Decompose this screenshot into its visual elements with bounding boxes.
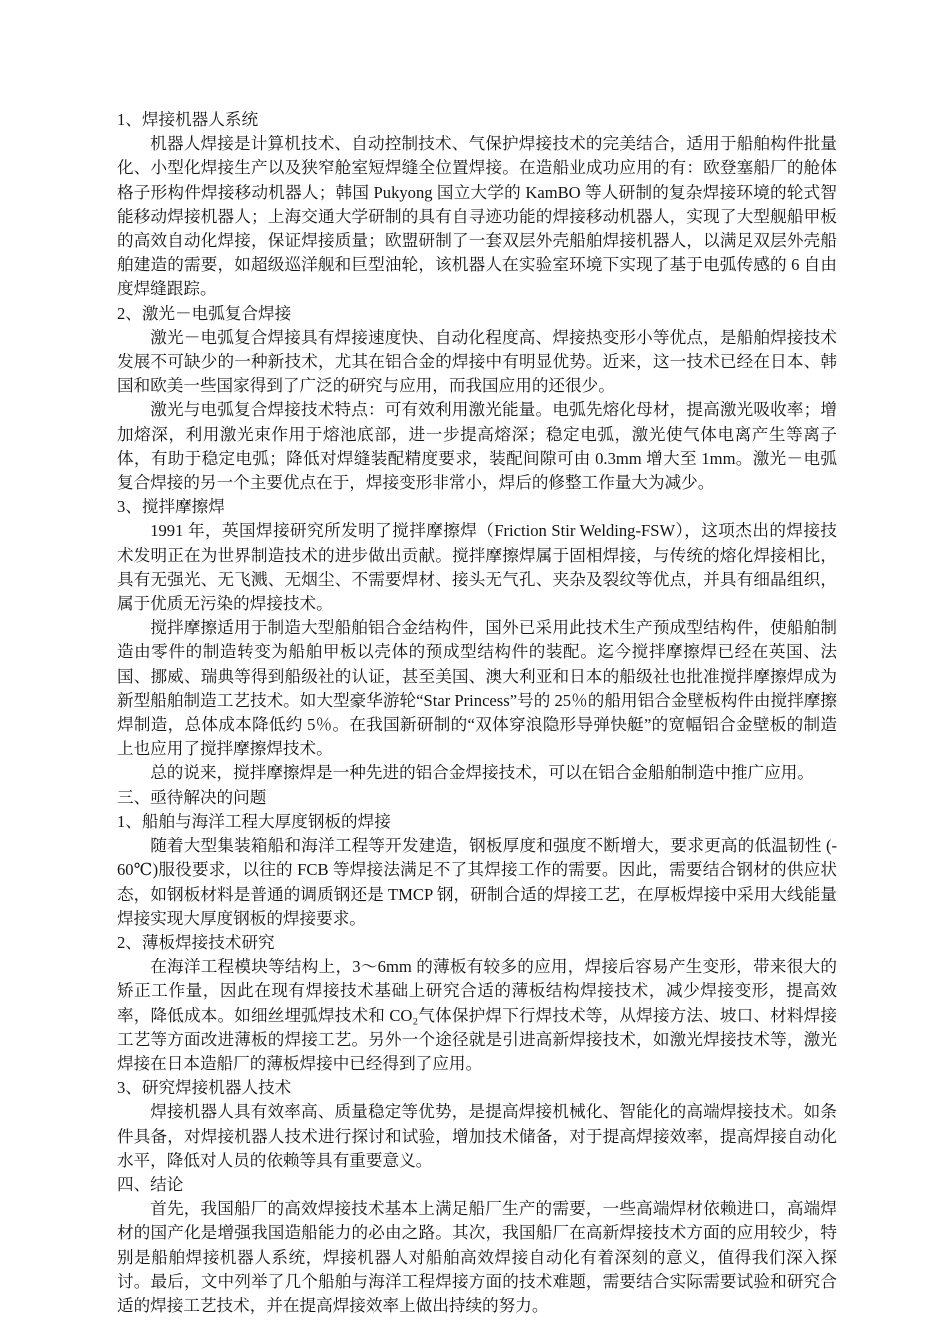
section-heading: 3、研究焊接机器人技术 — [117, 1076, 837, 1100]
document-body: 1、焊接机器人系统机器人焊接是计算机技术、自动控制技术、气保护焊接技术的完美结合… — [117, 108, 837, 1318]
section-heading: 1、焊接机器人系统 — [117, 108, 837, 132]
body-paragraph: 焊接机器人具有效率高、质量稳定等优势，是提高焊接机械化、智能化的高端焊接技术。如… — [117, 1100, 837, 1173]
section-heading: 2、激光－电弧复合焊接 — [117, 302, 837, 326]
section-heading: 1、船舶与海洋工程大厚度钢板的焊接 — [117, 810, 837, 834]
body-paragraph: 搅拌摩擦适用于制造大型船舶铝合金结构件，国外已采用此技术生产预成型结构件，使船舶… — [117, 616, 837, 761]
section-heading: 2、薄板焊接技术研究 — [117, 931, 837, 955]
body-paragraph: 随着大型集装箱船和海洋工程等开发建造，钢板厚度和强度不断增大，要求更高的低温韧性… — [117, 834, 837, 931]
body-paragraph: 总的说来，搅拌摩擦焊是一种先进的铝合金焊接技术，可以在铝合金船舶制造中推广应用。 — [117, 761, 837, 785]
body-paragraph: 1991 年，英国焊接研究所发明了搅拌摩擦焊（Friction Stir Wel… — [117, 519, 837, 616]
document-page: 1、焊接机器人系统机器人焊接是计算机技术、自动控制技术、气保护焊接技术的完美结合… — [0, 0, 950, 1344]
body-paragraph: 在海洋工程模块等结构上，3～6mm 的薄板有较多的应用，焊接后容易产生变形，带来… — [117, 955, 837, 1076]
section-heading: 3、搅拌摩擦焊 — [117, 495, 837, 519]
body-paragraph: 机器人焊接是计算机技术、自动控制技术、气保护焊接技术的完美结合，适用于船舶构件批… — [117, 132, 837, 301]
body-paragraph: 激光与电弧复合焊接技术特点：可有效利用激光能量。电弧先熔化母材，提高激光吸收率；… — [117, 398, 837, 495]
body-paragraph: 首先，我国船厂的高效焊接技术基本上满足船厂生产的需要，一些高端焊材依赖进口，高端… — [117, 1197, 837, 1318]
section-heading: 四、结论 — [117, 1173, 837, 1197]
section-heading: 三、亟待解决的问题 — [117, 786, 837, 810]
body-paragraph: 激光－电弧复合焊接具有焊接速度快、自动化程度高、焊接热变形小等优点，是船舶焊接技… — [117, 326, 837, 399]
